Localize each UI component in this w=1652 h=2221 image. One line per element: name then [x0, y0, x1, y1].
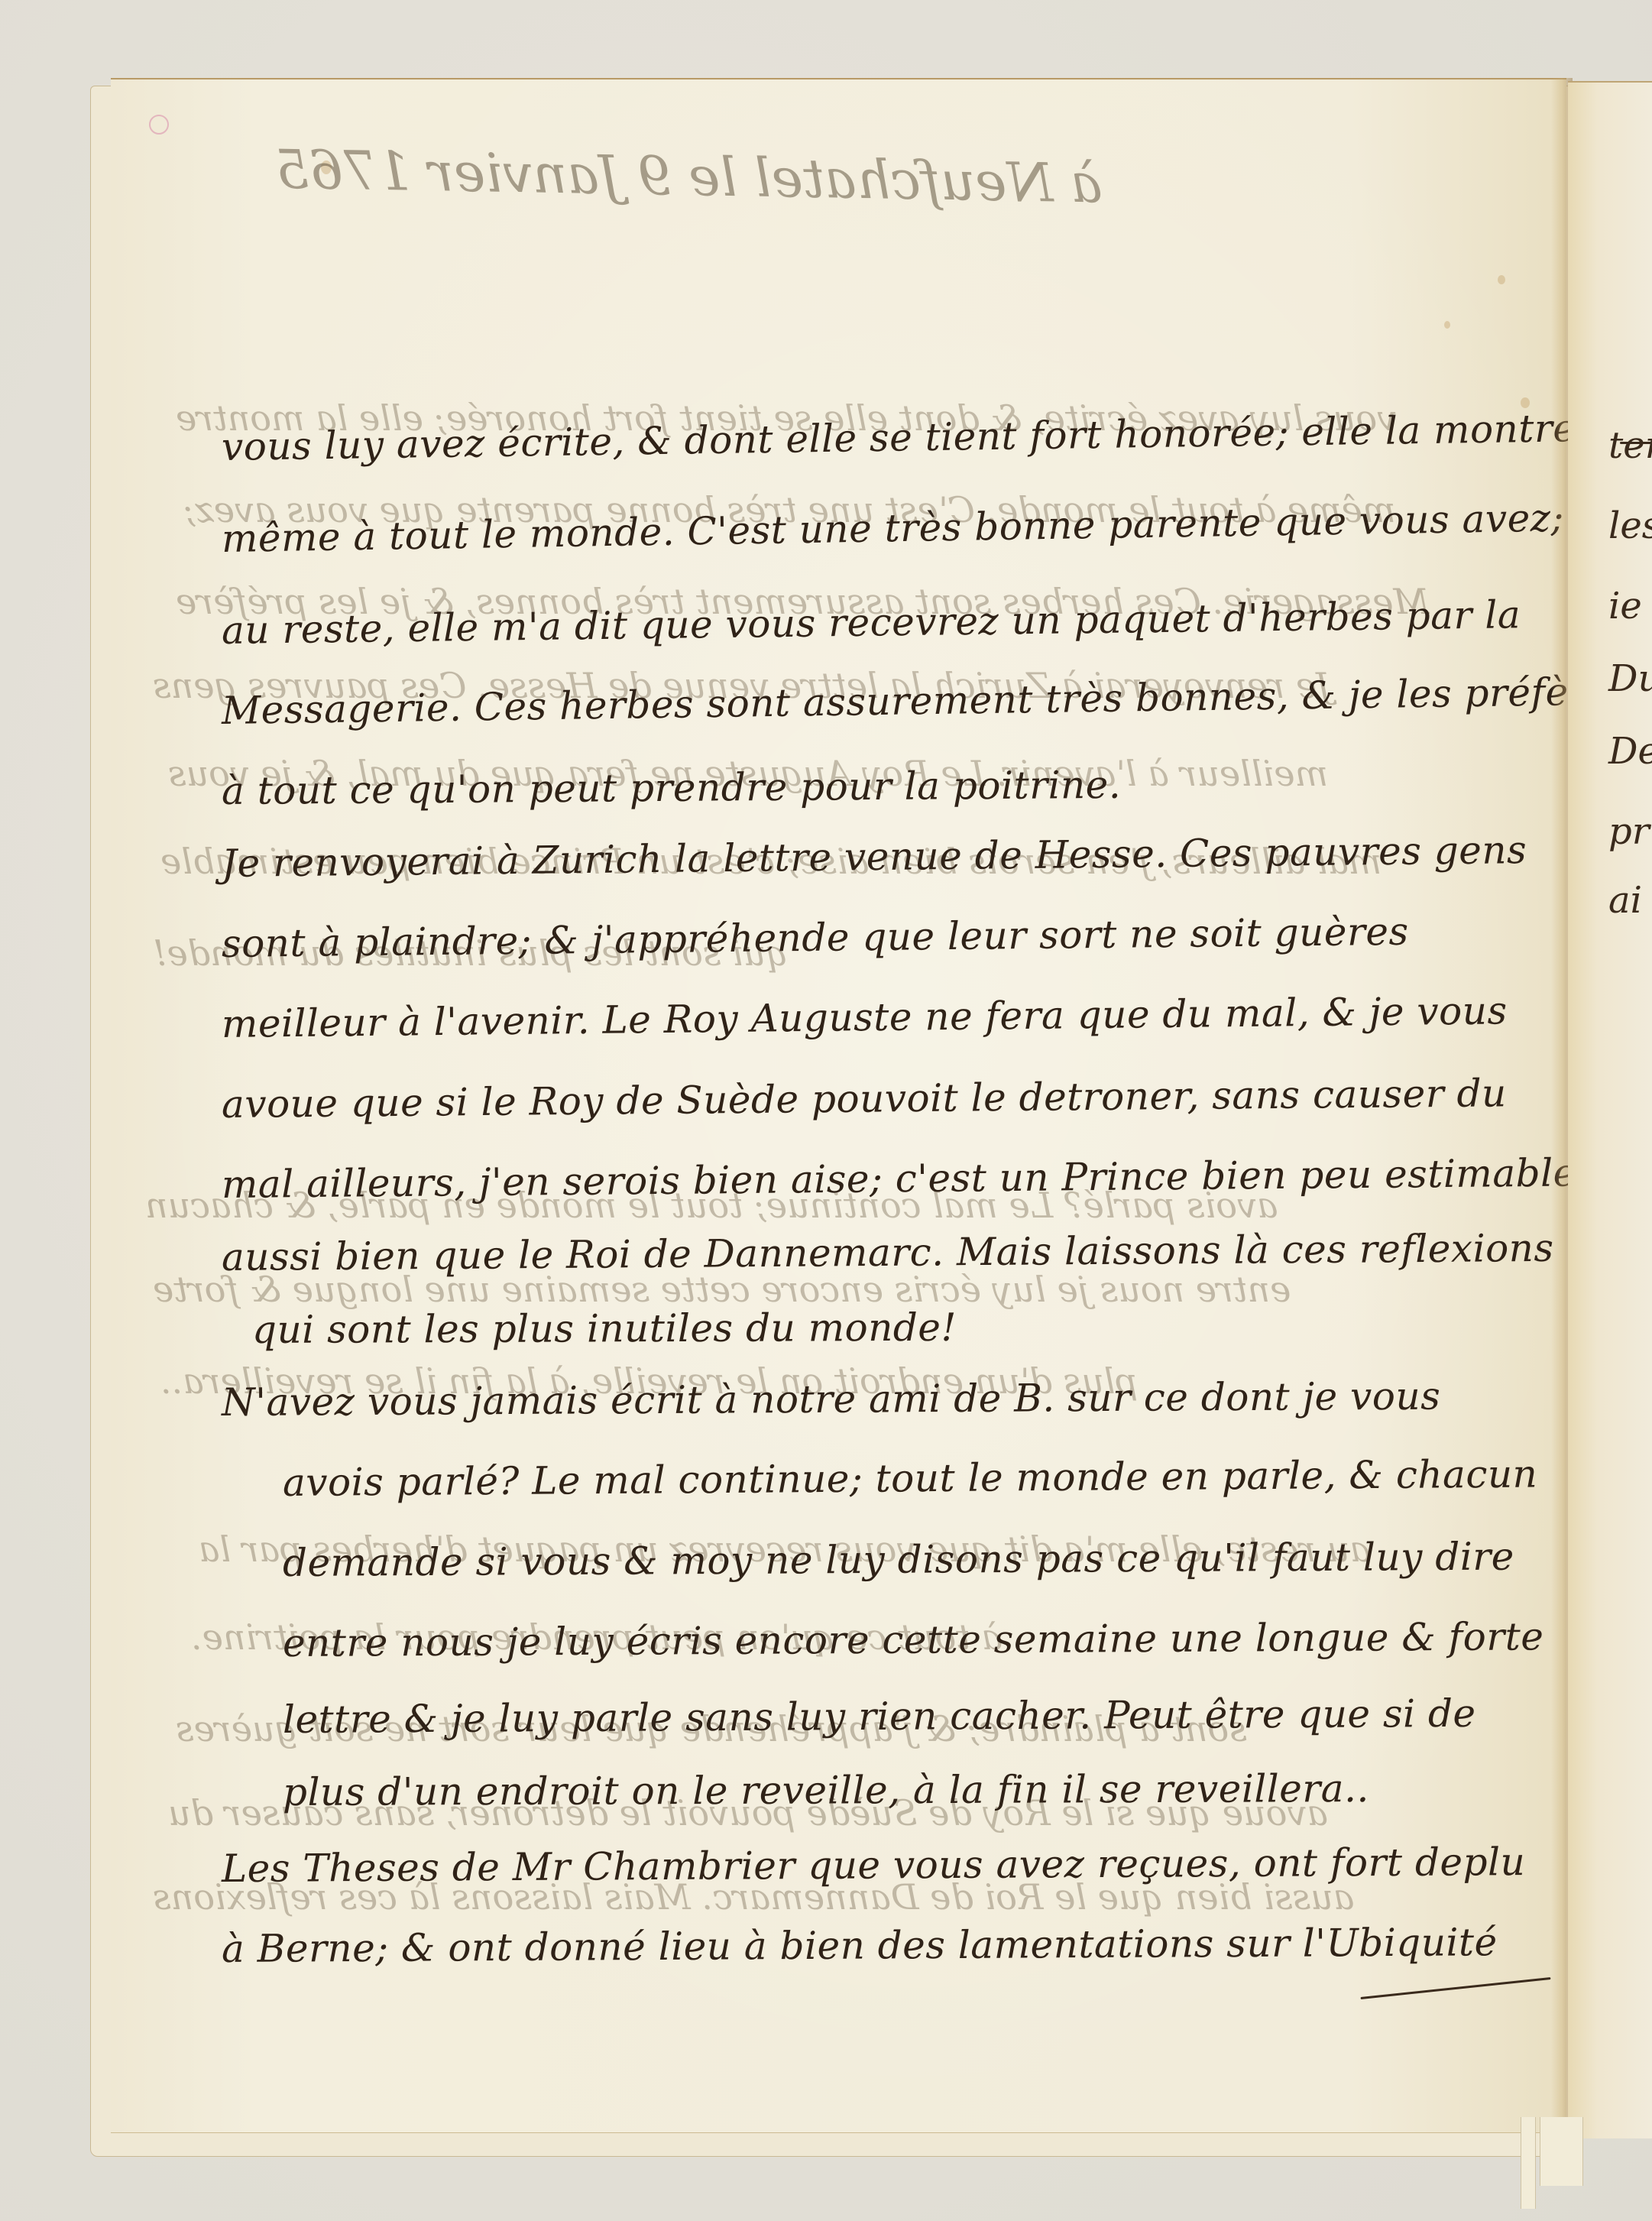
facing-page-fragment: ai — [1608, 879, 1642, 922]
facing-page-fragment: les — [1608, 504, 1652, 547]
facing-page-fragment: pr — [1608, 810, 1650, 853]
binding-tab — [1540, 2117, 1583, 2186]
manuscript-line-20: à Berne; & ont donné lieu à bien des lam… — [222, 1923, 1551, 1968]
manuscript-line-10: mal ailleurs, j'en serois bien aise; c'e… — [222, 1154, 1551, 1204]
binding-tab — [1521, 2117, 1536, 2209]
facing-page-fragment: De — [1608, 730, 1652, 773]
facing-page-fragment: ten — [1608, 424, 1652, 467]
manuscript-line-13: N'avez vous jamais écrit à notre ami de … — [222, 1376, 1551, 1422]
facing-page-edge — [1568, 81, 1652, 2138]
manuscript-line-16: entre nous je luy écris encore cette sem… — [283, 1617, 1612, 1662]
manuscript-line-12: qui sont les plus inutiles du monde! — [252, 1306, 1582, 1349]
manuscript-line-19: Les Theses de Mr Chambrier que vous avez… — [222, 1843, 1551, 1888]
facing-page-fragment: Du — [1608, 657, 1652, 700]
foxing-stain — [1444, 321, 1450, 329]
foxing-stain — [1498, 275, 1505, 284]
facing-fragment-underline — [1620, 442, 1652, 444]
manuscript-line-17: lettre & je luy parle sans luy rien cach… — [283, 1694, 1612, 1739]
manuscript-line-11: aussi bien que le Roi de Dannemarc. Mais… — [222, 1229, 1551, 1276]
manuscript-line-14: avois parlé? Le mal continue; tout le mo… — [283, 1454, 1612, 1502]
manuscript-line-18: plus d'un endroit on le reveille, à la f… — [283, 1769, 1612, 1811]
manuscript-line-9: avoue que si le Roy de Suède pouvoit le … — [222, 1074, 1551, 1123]
facing-page-fragment: ie — [1608, 585, 1642, 627]
manuscript-line-15: demande si vous & moy ne luy disons pas … — [283, 1537, 1612, 1582]
archival-pencil-mark — [149, 115, 169, 135]
